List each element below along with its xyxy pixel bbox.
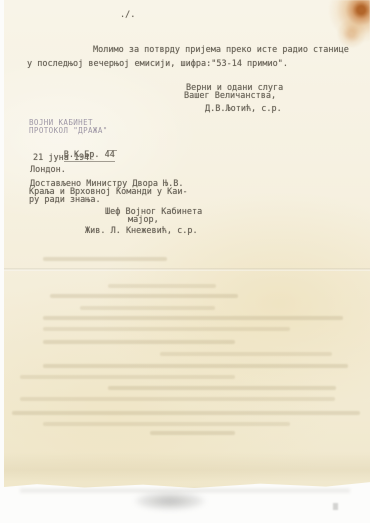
bleedthrough-text-line (80, 306, 215, 310)
fold-crease (4, 268, 370, 271)
bleedthrough-text-line (20, 375, 235, 379)
registry-underline-tail (107, 150, 117, 151)
scanned-document: ./. Молимо за потврду пријема преко исте… (0, 0, 370, 523)
continuation-mark: ./. (120, 11, 135, 20)
registry-date-faint-digit: 2 (89, 153, 94, 163)
bleedthrough-text-line (150, 431, 235, 435)
bleedthrough-text-line (43, 316, 343, 320)
signature-name: Д.В.Љотић, с.р. (205, 105, 282, 114)
closing-rank: мајор, (128, 216, 159, 225)
background-speck (333, 503, 338, 510)
body-line-1: Молимо за потврду пријема преко исте рад… (93, 46, 349, 55)
valediction-line-2: Вашег Величанства, (184, 92, 276, 101)
bleedthrough-text-line (43, 340, 235, 344)
bleedthrough-text-line (108, 386, 336, 390)
bleedthrough-text-line (12, 411, 360, 415)
bleedthrough-text-line (108, 284, 216, 288)
bleedthrough-text-line (43, 257, 167, 261)
paper-sheet: ./. Молимо за потврду пријема преко исте… (4, 0, 370, 490)
distribution-line-3: ру ради знања. (29, 196, 101, 205)
paper-bottom-shadow (134, 492, 206, 510)
bleedthrough-text-line (160, 352, 332, 356)
paper-tone-band (4, 452, 370, 482)
bleedthrough-text-line (43, 364, 348, 368)
body-line-2: у последњој вечерњој емисији, шифра:"53-… (27, 60, 288, 69)
bleedthrough-text-line (20, 397, 335, 401)
cabinet-stamp-line-2: ПРОТОКОЛ "ДРАЖА" (29, 127, 108, 135)
registry-date: 21 јуна 1942 (33, 154, 94, 163)
closing-signature: Жив. Л. Кнежевић, с.р. (85, 227, 198, 236)
bleedthrough-text-line (43, 327, 290, 331)
bleedthrough-text-line (50, 294, 238, 298)
bleedthrough-text-line (43, 422, 290, 426)
registry-place: Лондон. (30, 166, 66, 175)
